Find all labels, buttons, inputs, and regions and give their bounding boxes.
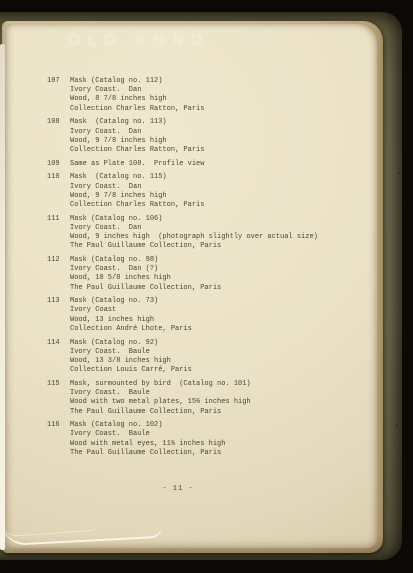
catalog-entry: 113 Mask (Catalog no. 73)Ivory CoastWood…: [47, 297, 377, 334]
plate-number: 108: [47, 118, 70, 155]
entry-lines: Mask (Catalog no. 92)Ivory Coast. BauleW…: [70, 339, 192, 376]
entry-line: Ivory Coast. Baule: [70, 430, 225, 439]
entry-line: Ivory Coast. Dan (?): [70, 265, 221, 274]
catalog-entry: 114 Mask (Catalog no. 92)Ivory Coast. Ba…: [47, 339, 377, 376]
entry-line: Collection Charles Ratton, Paris: [70, 201, 204, 210]
entry-lines: Mask (Catalog no. 102)Ivory Coast. Baule…: [70, 421, 225, 458]
plate-number: 115: [47, 380, 70, 417]
entry-line: Wood, 8 7/8 inches high: [70, 95, 204, 104]
plate-number: 116: [47, 421, 70, 458]
plate-number: 112: [47, 256, 70, 293]
entry-line: Wood with metal eyes, 11¾ inches high: [70, 440, 225, 449]
entry-line: Mask (Catalog no. 106): [70, 215, 318, 224]
catalog-entry: 115 Mask, surmounted by bird (Catalog no…: [47, 380, 377, 417]
entry-line: Wood, 10 5/8 inches high: [70, 274, 221, 283]
entry-line: Mask, surmounted by bird (Catalog no. 10…: [70, 380, 251, 389]
entry-line: Collection Charles Ratton, Paris: [70, 105, 204, 114]
entry-line: Wood, 13 3/8 inches high: [70, 357, 192, 366]
entry-line: Mask (Catalog no. 92): [70, 339, 192, 348]
entry-lines: Same as Plate 108. Profile view: [70, 160, 204, 169]
plate-number: 107: [47, 77, 70, 114]
gutter-page-edge: [0, 44, 5, 550]
cover-speck: [398, 172, 400, 174]
entry-line: The Paul Guillaume Collection, Paris: [70, 449, 225, 458]
entry-line: The Paul Guillaume Collection, Paris: [70, 408, 251, 417]
entry-line: Mask (Catalog no. 115): [70, 173, 204, 182]
catalog-entry: 108 Mask (Catalog no. 113)Ivory Coast. D…: [47, 118, 377, 155]
entry-lines: Mask (Catalog no. 115)Ivory Coast. DanWo…: [70, 173, 204, 210]
entry-line: Ivory Coast. Baule: [70, 348, 192, 357]
entry-line: Collection Louis Carré, Paris: [70, 366, 192, 375]
entry-lines: Mask (Catalog no. 113)Ivory Coast. DanWo…: [70, 118, 204, 155]
entry-line: Mask (Catalog no. 102): [70, 421, 225, 430]
plate-number: 109: [47, 160, 70, 169]
catalog-entry: 109 Same as Plate 108. Profile view: [47, 160, 377, 169]
plate-list: 107 Mask (Catalog no. 112)Ivory Coast. D…: [6, 24, 377, 463]
entry-line: Same as Plate 108. Profile view: [70, 160, 204, 169]
entry-line: Collection André Lhote, Paris: [70, 325, 192, 334]
entry-lines: Mask (Catalog no. 106)Ivory Coast. DanWo…: [70, 215, 318, 252]
entry-line: Ivory Coast. Dan: [70, 86, 204, 95]
entry-line: Wood, 9 7/8 inches high: [70, 137, 204, 146]
page-curl-highlight: [1, 514, 162, 546]
plate-number: 110: [47, 173, 70, 210]
entry-line: Wood, 9 inches high (photograph slightly…: [70, 233, 318, 242]
entry-line: Ivory Coast. Dan: [70, 183, 204, 192]
entry-lines: Mask, surmounted by bird (Catalog no. 10…: [70, 380, 251, 417]
entry-line: Mask (Catalog no. 98): [70, 256, 221, 265]
entry-lines: Mask (Catalog no. 112)Ivory Coast. DanWo…: [70, 77, 204, 114]
catalog-entry: 111 Mask (Catalog no. 106)Ivory Coast. D…: [47, 215, 377, 252]
entry-line: Wood, 9 7/8 inches high: [70, 192, 204, 201]
plate-number: 114: [47, 339, 70, 376]
catalog-entry: 110 Mask (Catalog no. 115)Ivory Coast. D…: [47, 173, 377, 210]
entry-line: Mask (Catalog no. 112): [70, 77, 204, 86]
entry-line: Mask (Catalog no. 113): [70, 118, 204, 127]
page-number: - 11 -: [148, 485, 208, 493]
entry-line: The Paul Guillaume Collection, Paris: [70, 242, 318, 251]
entry-lines: Mask (Catalog no. 98)Ivory Coast. Dan (?…: [70, 256, 221, 293]
plate-number: 111: [47, 215, 70, 252]
entry-line: Ivory Coast. Dan: [70, 224, 318, 233]
cover-speck: [396, 424, 398, 426]
document-page: OLD BOND 107 Mask (Catalog no. 112)Ivory…: [6, 24, 377, 548]
entry-line: Ivory Coast. Baule: [70, 389, 251, 398]
plate-number: 113: [47, 297, 70, 334]
book-photo: OLD BOND 107 Mask (Catalog no. 112)Ivory…: [0, 0, 413, 573]
catalog-entry: 116 Mask (Catalog no. 102)Ivory Coast. B…: [47, 421, 377, 458]
entry-lines: Mask (Catalog no. 73)Ivory CoastWood, 13…: [70, 297, 192, 334]
entry-line: The Paul Guillaume Collection, Paris: [70, 284, 221, 293]
catalog-entry: 112 Mask (Catalog no. 98)Ivory Coast. Da…: [47, 256, 377, 293]
entry-line: Ivory Coast. Dan: [70, 128, 204, 137]
catalog-entry: 107 Mask (Catalog no. 112)Ivory Coast. D…: [47, 77, 377, 114]
entry-line: Collection Charles Ratton, Paris: [70, 146, 204, 155]
entry-line: Wood with two metal plates, 15¾ inches h…: [70, 398, 251, 407]
entry-line: Wood, 13 inches high: [70, 316, 192, 325]
page-curl-highlight: [2, 516, 98, 538]
entry-line: Ivory Coast: [70, 306, 192, 315]
entry-line: Mask (Catalog no. 73): [70, 297, 192, 306]
